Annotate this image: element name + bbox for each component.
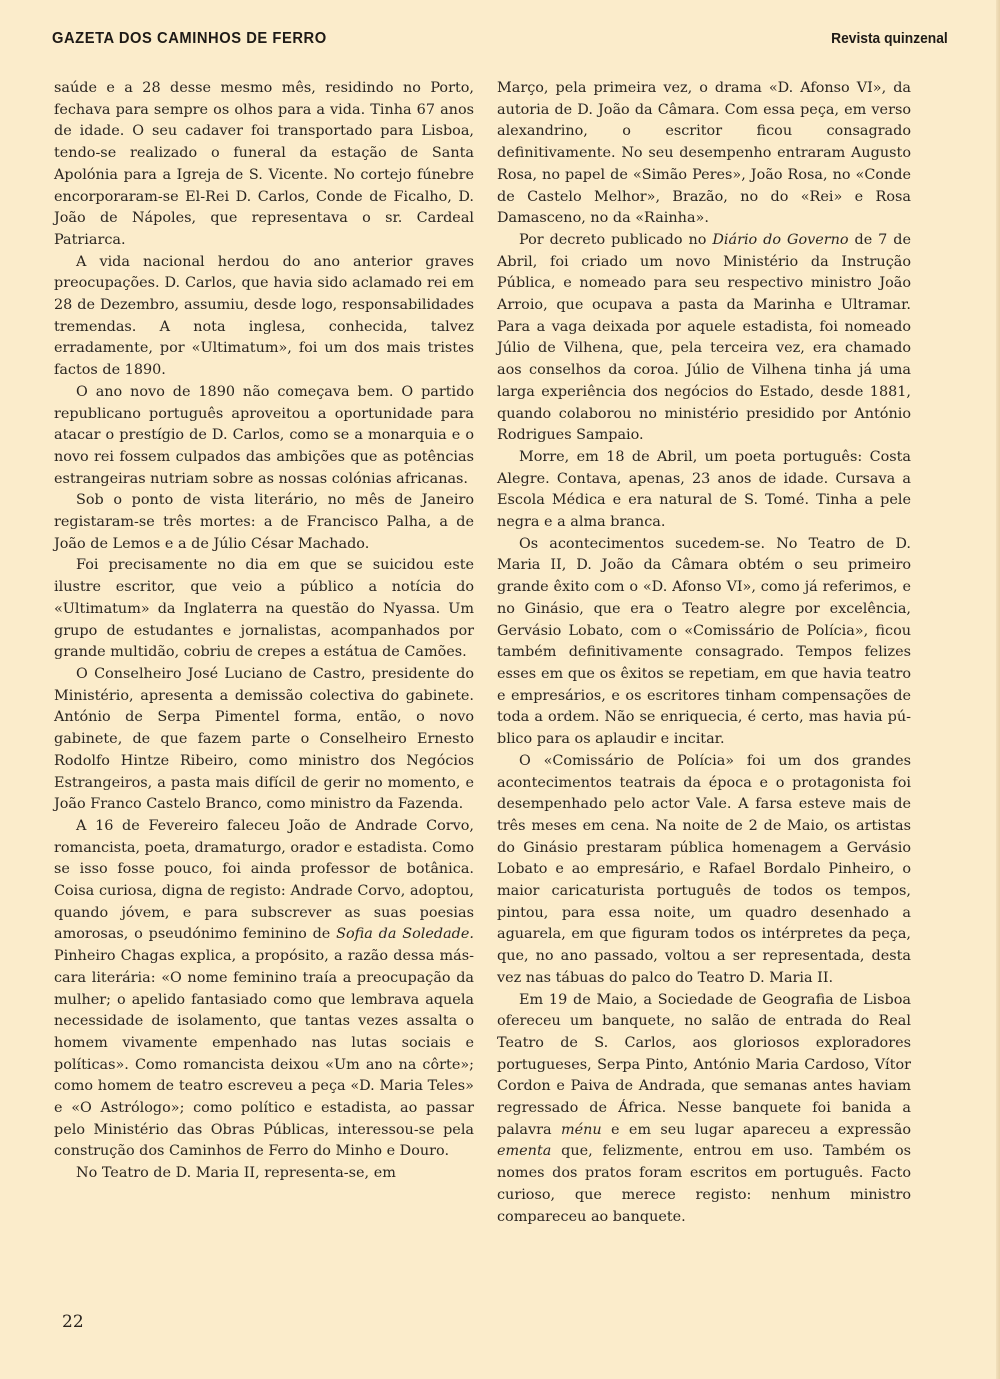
journal-subtitle: Revista quinzenal (831, 30, 948, 47)
paragraph-text: Morre, em 18 de Abril, um poeta portuguê… (497, 449, 911, 530)
paragraph: Por decreto publicado no Diário do Gover… (497, 230, 911, 447)
paragraph-text: No Teatro de D. Maria II, representa-se,… (76, 1165, 396, 1181)
italic-word: ménu (561, 1122, 602, 1138)
paragraph-text: Sob o ponto de vista literário, no mês d… (54, 492, 474, 551)
paragraph-text: Por decreto publicado no (519, 232, 712, 248)
paragraph: A vida nacional herdou do ano anterior g… (54, 252, 474, 382)
italic-publication-title: Diário do Governo (712, 232, 848, 248)
running-head: GAZETA DOS CAMINHOS DE FERRO Revista qui… (52, 30, 948, 54)
paragraph-text: A vida nacional herdou do ano anterior g… (54, 254, 474, 379)
paragraph-text: O ano novo de 1890 não começava bem. O p… (54, 384, 474, 487)
paragraph-text: que, felizmente, entrou em uso. Também o… (497, 1143, 911, 1224)
paragraph: A 16 de Fevereiro faleceu João de Andrad… (54, 816, 474, 1163)
paragraph: Sob o ponto de vista literário, no mês d… (54, 490, 474, 555)
paragraph: Março, pela primeira vez, o drama «D. Af… (497, 78, 911, 230)
paragraph: O ano novo de 1890 não começava bem. O p… (54, 382, 474, 491)
paragraph: Os acontecimentos sucedem-se. No Teatro … (497, 534, 911, 751)
paragraph-text: de 7 de Abril, foi criado um novo Minist… (497, 232, 911, 443)
left-column: saúde e a 28 desse mesmo mês, residindo … (54, 78, 474, 1185)
italic-word: ementa (497, 1143, 551, 1159)
italic-pseudonym: Sofia da Soledade. (336, 926, 474, 942)
paragraph-text: O «Comissário de Polícia» foi um dos gra… (497, 753, 911, 986)
paragraph: saúde e a 28 desse mesmo mês, residindo … (54, 78, 474, 252)
paragraph-text: Foi precisamente no dia em que se suicid… (54, 557, 474, 660)
right-column: Março, pela primeira vez, o drama «D. Af… (497, 78, 911, 1228)
paragraph: Foi precisamente no dia em que se suicid… (54, 555, 474, 664)
page-number: 22 (62, 1312, 84, 1332)
paragraph: O «Comissário de Polícia» foi um dos gra… (497, 751, 911, 990)
paragraph: No Teatro de D. Maria II, representa-se,… (54, 1163, 474, 1185)
paragraph-text: e em seu lu­gar apareceu a expressão (602, 1122, 911, 1138)
paragraph-text: Março, pela primeira vez, o drama «D. Af… (497, 80, 911, 226)
paragraph: O Conselheiro José Luciano de Castro, pr… (54, 664, 474, 816)
paragraph-text: Pinheiro Chagas explica, a propósito, a … (54, 948, 474, 1159)
paragraph: Em 19 de Maio, a Sociedade de Geografia … (497, 990, 911, 1229)
journal-title: GAZETA DOS CAMINHOS DE FERRO (52, 30, 327, 48)
paragraph-text: Em 19 de Maio, a Sociedade de Geografia … (497, 992, 911, 1138)
paragraph-text: O Conselheiro José Luciano de Castro, pr… (54, 666, 474, 812)
paragraph-text: A 16 de Fevereiro faleceu João de Andrad… (54, 818, 474, 943)
page-edge (996, 0, 1000, 1379)
paragraph-text: Os acontecimentos sucedem-se. No Teatro … (497, 536, 911, 747)
paragraph-text: saúde e a 28 desse mesmo mês, residindo … (54, 80, 474, 248)
paragraph: Morre, em 18 de Abril, um poeta portuguê… (497, 447, 911, 534)
